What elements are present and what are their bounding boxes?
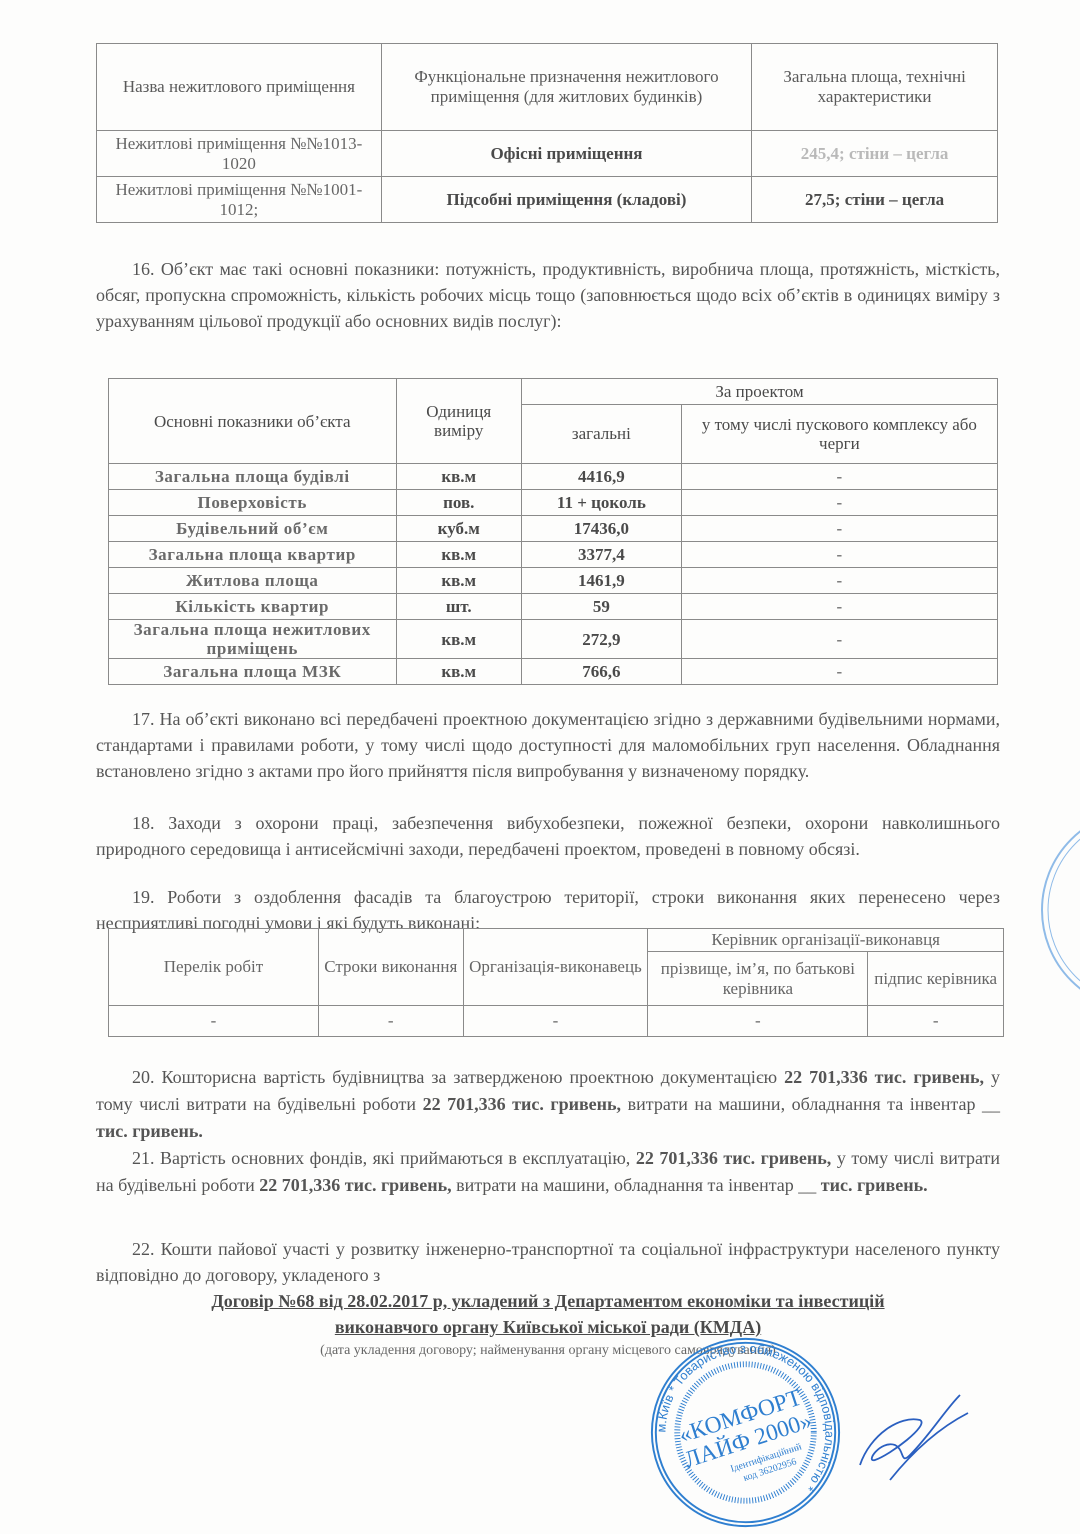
indicator-name: Поверховість <box>109 490 397 516</box>
header-head-of-org: Керівник організації-виконавця <box>648 929 1004 952</box>
indicator-unit: кв.м <box>396 620 521 659</box>
table-row: Загальна площа нежитлових приміщенькв.м2… <box>109 620 998 659</box>
header-launch-complex: у тому числі пускового комплексу або чер… <box>681 404 997 463</box>
table-row: Кількість квартиршт.59- <box>109 594 998 620</box>
header-indicator: Основні показники об’єкта <box>109 379 397 464</box>
paragraph-17: 17. На об’єкті виконано всі передбачені … <box>96 706 1000 784</box>
table-row: Нежитлові приміщення №№1001-1012; Підсоб… <box>97 177 998 223</box>
indicator-unit: куб.м <box>396 516 521 542</box>
indicator-launch: - <box>681 620 997 659</box>
indicator-name: Житлова площа <box>109 568 397 594</box>
premises-function: Офісні приміщення <box>381 131 751 177</box>
table-row: Загальна площа будівлікв.м4416,9- <box>109 464 998 490</box>
side-stamp-icon <box>1032 790 1080 1030</box>
cell-terms: - <box>318 1006 463 1037</box>
table-row: - - - - - <box>109 1006 1004 1037</box>
indicator-unit: шт. <box>396 594 521 620</box>
company-stamp-icon: м.Київ * Товариство з обмеженою відповід… <box>648 1335 843 1530</box>
indicator-launch: - <box>681 464 997 490</box>
indicator-name: Кількість квартир <box>109 594 397 620</box>
paragraph-16-text: 16. Об’єкт має такі основні показники: п… <box>96 259 1000 331</box>
paragraph-22: 22. Кошти пайової участі у розвитку інже… <box>96 1236 1000 1288</box>
indicator-launch: - <box>681 568 997 594</box>
paragraph-18-text: 18. Заходи з охорони праці, забезпечення… <box>96 813 1000 859</box>
header-works-list: Перелік робіт <box>109 929 319 1006</box>
paragraph-16: 16. Об’єкт має такі основні показники: п… <box>96 256 1000 334</box>
paragraph-21: 21. Вартість основних фондів, які прийма… <box>96 1145 1000 1199</box>
indicator-unit: кв.м <box>396 542 521 568</box>
table-row: Житлова площакв.м1461,9- <box>109 568 998 594</box>
header-terms: Строки виконання <box>318 929 463 1006</box>
indicator-total: 272,9 <box>521 620 681 659</box>
indicator-launch: - <box>681 542 997 568</box>
table-row: Будівельний об’ємкуб.м17436,0- <box>109 516 998 542</box>
header-organization: Організація-виконавець <box>463 929 648 1006</box>
p20-equipment-unit: тис. гривень. <box>96 1121 203 1141</box>
contract-line-2: виконавчого органу Київської міської рад… <box>96 1314 1000 1340</box>
indicators-table: Основні показники об’єкта Одиниця виміру… <box>108 378 998 685</box>
indicator-name: Загальна площа квартир <box>109 542 397 568</box>
indicator-unit: пов. <box>396 490 521 516</box>
p20-text-e: витрати на машини, обладнання та інвента… <box>628 1094 1000 1114</box>
p21-fixed-assets-cost: 22 701,336 тис. гривень, <box>636 1148 831 1168</box>
p20-construction-cost: 22 701,336 тис. гривень, <box>423 1094 621 1114</box>
header-area: Загальна площа, технічні характеристики <box>752 44 998 131</box>
indicator-total: 59 <box>521 594 681 620</box>
cell-head-name: - <box>648 1006 868 1037</box>
header-premises-name: Назва нежитлового приміщення <box>97 44 382 131</box>
header-unit: Одиниця виміру <box>396 379 521 464</box>
p21-construction-cost: 22 701,336 тис. гривень, <box>259 1175 451 1195</box>
cell-org: - <box>463 1006 648 1037</box>
paragraph-20: 20. Кошторисна вартість будівництва за з… <box>96 1064 1000 1145</box>
indicator-launch: - <box>681 516 997 542</box>
p21-text-a: 21. Вартість основних фондів, які прийма… <box>132 1148 630 1168</box>
contract-line-1: Договір №68 від 28.02.2017 р, укладений … <box>96 1288 1000 1314</box>
indicator-total: 3377,4 <box>521 542 681 568</box>
paragraph-22-text: 22. Кошти пайової участі у розвитку інже… <box>96 1239 1000 1285</box>
table-row: Поверховістьпов.11 + цоколь- <box>109 490 998 516</box>
contract-text-2: виконавчого органу Київської міської рад… <box>335 1317 761 1337</box>
header-total: загальні <box>521 404 681 463</box>
cell-works: - <box>109 1006 319 1037</box>
indicator-unit: кв.м <box>396 464 521 490</box>
indicator-total: 11 + цоколь <box>521 490 681 516</box>
indicator-name: Загальна площа будівлі <box>109 464 397 490</box>
indicator-unit: кв.м <box>396 568 521 594</box>
premises-area: 27,5; стіни – цегла <box>752 177 998 223</box>
indicator-launch: - <box>681 659 997 685</box>
indicator-launch: - <box>681 594 997 620</box>
indicator-name: Будівельний об’єм <box>109 516 397 542</box>
header-by-project: За проектом <box>521 379 997 405</box>
indicator-total: 1461,9 <box>521 568 681 594</box>
premises-name: Нежитлові приміщення №№1013-1020 <box>97 131 382 177</box>
contract-text-1: Договір №68 від 28.02.2017 р, укладений … <box>211 1291 884 1311</box>
paragraph-18: 18. Заходи з охорони праці, забезпечення… <box>96 810 1000 862</box>
premises-table: Назва нежитлового приміщення Функціональ… <box>96 43 998 223</box>
premises-function: Підсобні приміщення (кладові) <box>381 177 751 223</box>
contract-caption: (дата укладення договору; найменування о… <box>96 1338 1000 1364</box>
p21-text-e: витрати на машини, обладнання та інвента… <box>456 1175 816 1195</box>
p20-text-a: 20. Кошторисна вартість будівництва за з… <box>132 1067 777 1087</box>
table-row: Загальна площа квартиркв.м3377,4- <box>109 542 998 568</box>
p21-equipment-unit: тис. гривень. <box>821 1175 928 1195</box>
header-head-name: прізвище, ім’я, по батькові керівника <box>648 952 868 1006</box>
indicator-name: Загальна площа МЗК <box>109 659 397 685</box>
signature-icon <box>850 1385 970 1485</box>
document-page: Назва нежитлового приміщення Функціональ… <box>0 0 1080 1534</box>
header-head-signature: підпис керівника <box>868 952 1004 1006</box>
premises-name: Нежитлові приміщення №№1001-1012; <box>97 177 382 223</box>
indicator-total: 4416,9 <box>521 464 681 490</box>
p20-estimated-cost: 22 701,336 тис. гривень, <box>784 1067 984 1087</box>
premises-area: 245,4; стіни – цегла <box>752 131 998 177</box>
header-function: Функціональне призначення нежитлового пр… <box>381 44 751 131</box>
indicator-total: 766,6 <box>521 659 681 685</box>
indicator-name: Загальна площа нежитлових приміщень <box>109 620 397 659</box>
postponed-works-table: Перелік робіт Строки виконання Організац… <box>108 928 1004 1037</box>
indicator-launch: - <box>681 490 997 516</box>
table-row: Загальна площа МЗКкв.м766,6- <box>109 659 998 685</box>
paragraph-19-text: 19. Роботи з оздоблення фасадів та благо… <box>96 887 1000 933</box>
paragraph-17-text: 17. На об’єкті виконано всі передбачені … <box>96 709 1000 781</box>
indicator-unit: кв.м <box>396 659 521 685</box>
indicator-total: 17436,0 <box>521 516 681 542</box>
cell-signature: - <box>868 1006 1004 1037</box>
table-row: Нежитлові приміщення №№1013-1020 Офісні … <box>97 131 998 177</box>
